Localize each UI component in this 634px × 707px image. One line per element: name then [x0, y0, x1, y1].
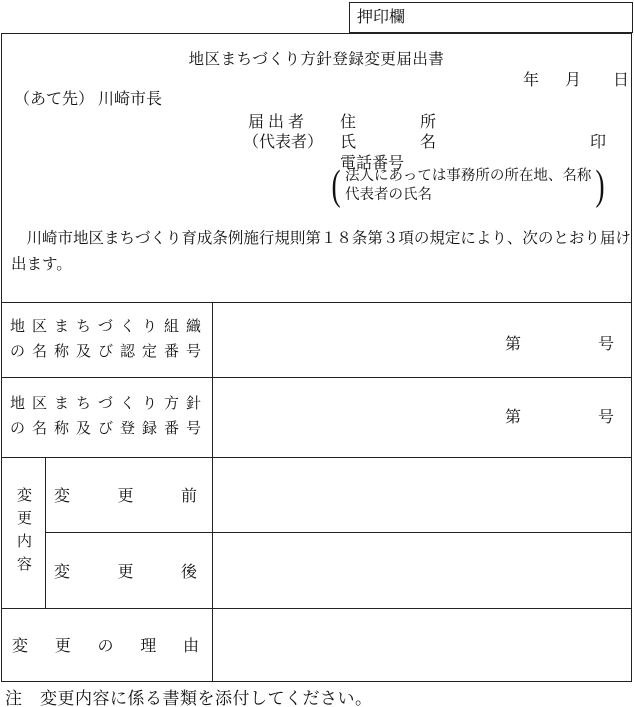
change-reason-field[interactable]	[212, 608, 631, 680]
corporate-note-line2: 代表者の氏名	[345, 186, 591, 205]
body-line2: 出ます。	[11, 252, 626, 278]
change-before-field[interactable]	[212, 457, 631, 532]
seal-column-label: 押印欄	[357, 9, 405, 26]
policy-name-header-cell: 地区まちづくり方針 の名称及び登録番号	[2, 377, 212, 457]
org-number-prefix: 第	[505, 331, 521, 354]
close-paren: )	[596, 164, 605, 208]
org-name-field[interactable]: 第 号	[212, 302, 631, 377]
org-name-header-cell: 地区まちづくり組織 の名称及び認定番号	[2, 302, 212, 377]
change-reason-header-cell: 変更の理由	[2, 608, 212, 680]
change-reason-label: 変更の理由	[12, 633, 199, 656]
open-paren: (	[331, 164, 340, 208]
addressee-line: （あて先） 川崎市長	[14, 86, 162, 109]
policy-name-field[interactable]: 第 号	[212, 377, 631, 457]
change-before-label: 変更前	[54, 483, 197, 506]
form-title: 地区まちづくり方針登録変更届出書	[2, 47, 631, 69]
change-content-group-label: 変更内容	[13, 487, 34, 579]
change-after-field[interactable]	[212, 532, 631, 608]
org-number-suffix: 号	[598, 331, 614, 354]
policy-name-header-line1: 地区まちづくり方針	[10, 392, 201, 417]
date-year-label: 年	[523, 67, 539, 90]
corporate-note-line1: 法人にあっては事務所の所在地、名称	[345, 167, 591, 186]
change-content-group-cell: 変更内容	[2, 457, 45, 608]
body-paragraph: 川崎市地区まちづくり育成条例施行規則第１８条第３項の規定により、次のとおり届け …	[11, 226, 626, 278]
date-month-label: 月	[565, 67, 581, 90]
form-document: 押印欄 地区まちづくり方針登録変更届出書 年 月 日 （あて先） 川崎市長 届 …	[0, 0, 634, 707]
change-after-label: 変更後	[54, 559, 197, 582]
body-line1: 川崎市地区まちづくり育成条例施行規則第１８条第３項の規定により、次のとおり届け	[11, 226, 626, 252]
change-after-header-cell: 変更後	[45, 532, 212, 608]
policy-number-suffix: 号	[598, 404, 614, 427]
representative-label: （代表者）	[243, 129, 323, 152]
policy-name-header-line2: の名称及び登録番号	[10, 417, 201, 442]
org-name-header-line2: の名称及び認定番号	[10, 340, 201, 365]
change-before-header-cell: 変更前	[45, 457, 212, 532]
corporate-note: ( 法人にあっては事務所の所在地、名称 代表者の氏名 )	[329, 164, 607, 208]
form-main-box: 地区まちづくり方針登録変更届出書 年 月 日 （あて先） 川崎市長 届 出 者 …	[1, 33, 632, 682]
seal-mark: 印	[590, 129, 606, 152]
applicant-name-label: 氏 名	[340, 129, 436, 152]
org-name-header-line1: 地区まちづくり組織	[10, 315, 201, 340]
date-day-label: 日	[613, 67, 629, 90]
seal-column-box: 押印欄	[349, 2, 633, 33]
policy-number-prefix: 第	[505, 404, 521, 427]
footer-note: 注 変更内容に係る書類を添付してください。	[5, 684, 373, 707]
